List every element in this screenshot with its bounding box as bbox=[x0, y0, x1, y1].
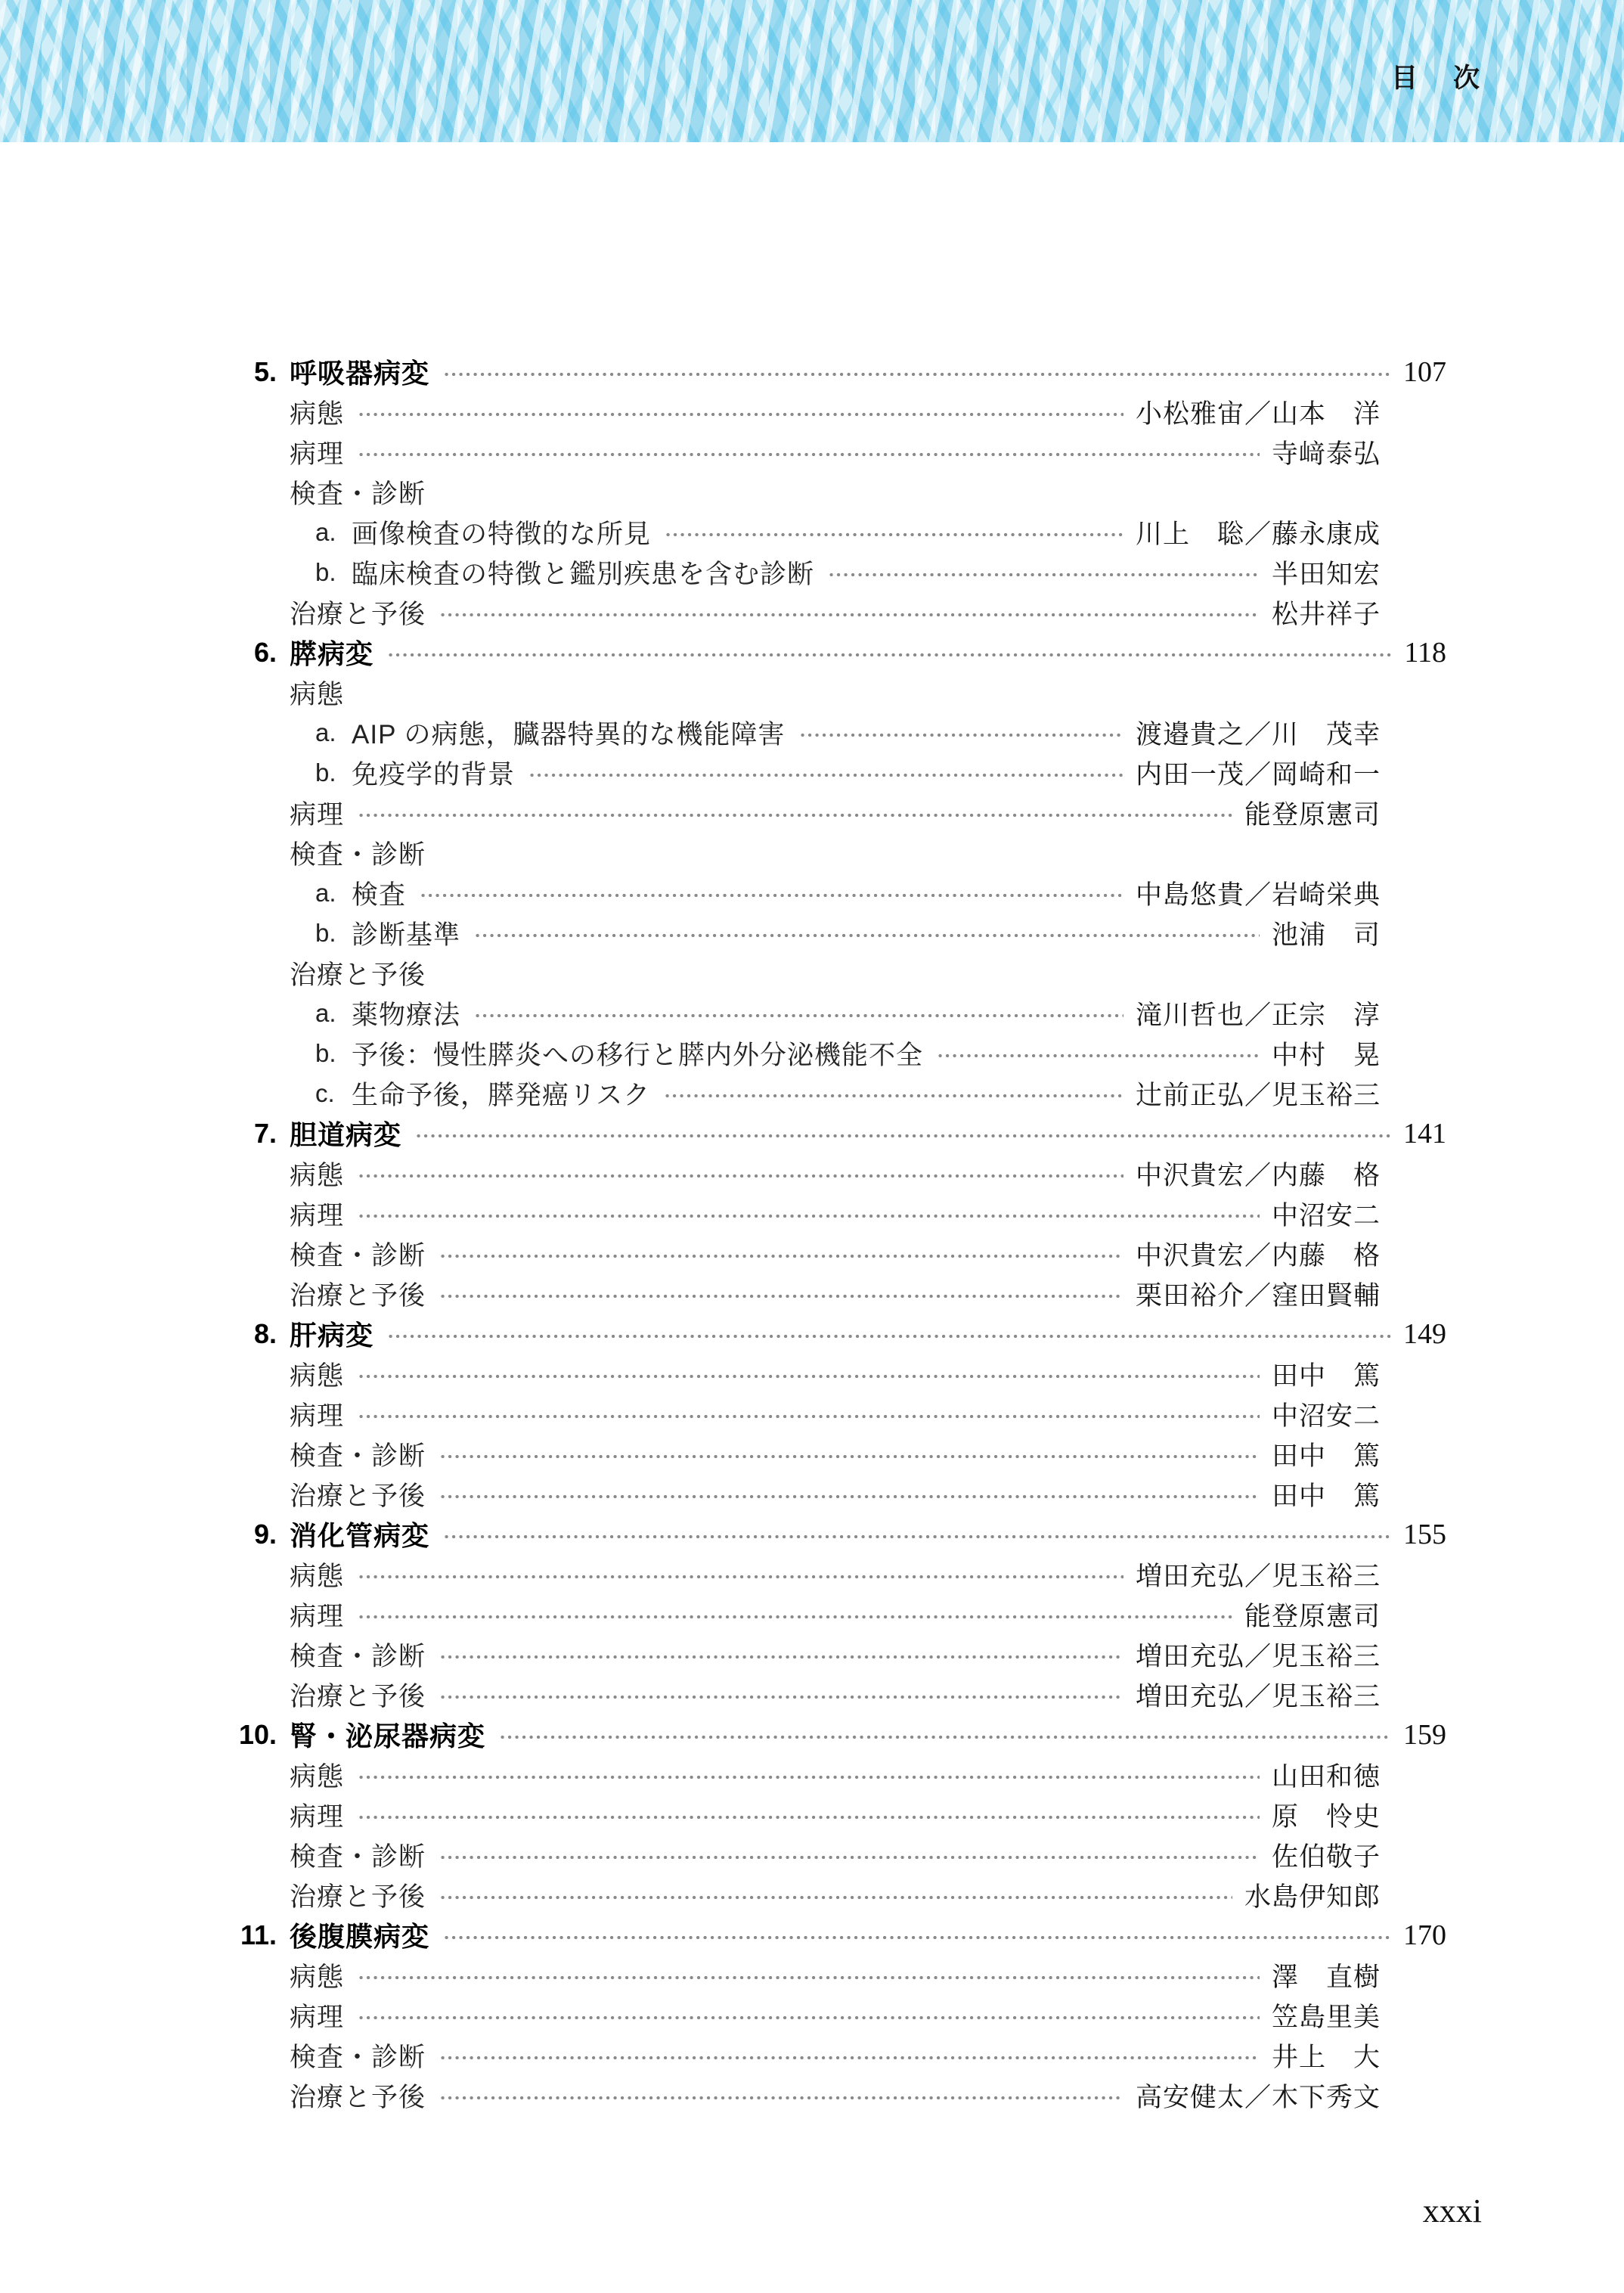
header-band: 目 次 bbox=[0, 0, 1624, 142]
item-authors: 辻前正弘／児玉裕三 bbox=[1136, 1075, 1381, 1112]
toc-section-row: 5.呼吸器病変107 bbox=[244, 352, 1446, 392]
dot-leader bbox=[938, 1053, 1260, 1058]
dot-leader bbox=[476, 933, 1260, 938]
dot-leader bbox=[445, 1935, 1391, 1940]
dot-leader bbox=[441, 1454, 1260, 1459]
item-authors: 半田知宏 bbox=[1272, 554, 1381, 591]
toc-item-row: 治療と予後水島伊知郎 bbox=[244, 1875, 1446, 1915]
toc-item-row: 病態小松雅宙／山本 洋 bbox=[244, 392, 1446, 432]
toc-item-row: 検査・診断佐伯敬子 bbox=[244, 1835, 1446, 1875]
item-authors: 笠島里美 bbox=[1272, 1997, 1381, 2034]
dot-leader bbox=[389, 653, 1392, 657]
toc-item-row: 病態中沢貴宏／内藤 格 bbox=[244, 1153, 1446, 1193]
toc-section-row: 7.胆道病変141 bbox=[244, 1113, 1446, 1153]
toc-item-row: b.診断基準池浦 司 bbox=[244, 913, 1446, 953]
item-authors: 山田和徳 bbox=[1272, 1756, 1381, 1794]
toc-item-row: 治療と予後田中 篤 bbox=[244, 1474, 1446, 1514]
item-label: 病理 bbox=[290, 1395, 344, 1433]
dot-leader bbox=[441, 1655, 1123, 1659]
item-label: 検査・診断 bbox=[290, 473, 426, 511]
item-label: 病理 bbox=[290, 433, 344, 471]
section-page-number: 107 bbox=[1403, 355, 1446, 389]
dot-leader bbox=[359, 1214, 1260, 1218]
dot-leader bbox=[441, 613, 1260, 617]
item-authors: 滝川哲也／正宗 淳 bbox=[1136, 994, 1381, 1032]
dot-leader bbox=[445, 1534, 1391, 1539]
item-authors: 中沼安二 bbox=[1272, 1195, 1381, 1233]
item-label: 画像検査の特徴的な所見 bbox=[352, 514, 651, 551]
item-authors: 中沢貴宏／内藤 格 bbox=[1136, 1155, 1381, 1193]
toc-item-row: 治療と予後高安健太／木下秀文 bbox=[244, 2075, 1446, 2115]
item-label: 病態 bbox=[290, 1556, 344, 1593]
toc-item-row: 病理能登原憲司 bbox=[244, 793, 1446, 833]
section-title: 消化管病変 bbox=[290, 1515, 429, 1553]
toc-item-row: b.臨床検査の特徴と鑑別疾患を含む診断半田知宏 bbox=[244, 552, 1446, 592]
item-authors: 中沢貴宏／内藤 格 bbox=[1136, 1235, 1381, 1273]
dot-leader bbox=[445, 372, 1391, 377]
toc-item-row: 検査・診断中沢貴宏／内藤 格 bbox=[244, 1233, 1446, 1274]
item-label: 検査・診断 bbox=[290, 1435, 426, 1473]
toc-item-row: a.検査中島悠貴／岩崎栄典 bbox=[244, 873, 1446, 913]
dot-leader bbox=[359, 1615, 1232, 1619]
toc-item-row: 病理笠島里美 bbox=[244, 1995, 1446, 2035]
item-letter: b. bbox=[315, 919, 352, 948]
toc-item-row: 治療と予後松井祥子 bbox=[244, 592, 1446, 632]
section-number: 9. bbox=[201, 1519, 277, 1550]
toc-section-row: 11.後腹膜病変170 bbox=[244, 1915, 1446, 1955]
item-letter: b. bbox=[315, 558, 352, 587]
dot-leader bbox=[421, 893, 1123, 898]
section-title: 腎・泌尿器病変 bbox=[290, 1715, 485, 1754]
toc-item-row: b.免疫学的背景内田一茂／岡崎和一 bbox=[244, 752, 1446, 793]
item-label: 病理 bbox=[290, 1796, 344, 1834]
toc-item-row: c.生命予後，膵発癌リスク辻前正弘／児玉裕三 bbox=[244, 1073, 1446, 1113]
section-number: 8. bbox=[201, 1318, 277, 1350]
toc: 5.呼吸器病変107病態小松雅宙／山本 洋病理寺﨑泰弘検査・診断a.画像検査の特… bbox=[244, 352, 1446, 2115]
toc-item-row: 検査・診断田中 篤 bbox=[244, 1434, 1446, 1474]
dot-leader bbox=[359, 2015, 1260, 2020]
dot-leader bbox=[501, 1735, 1391, 1739]
toc-section-row: 10.腎・泌尿器病変159 bbox=[244, 1714, 1446, 1755]
toc-item-row: 治療と予後 bbox=[244, 953, 1446, 993]
item-authors: 内田一茂／岡崎和一 bbox=[1136, 754, 1381, 792]
section-title: 後腹膜病変 bbox=[290, 1916, 429, 1954]
item-letter: a. bbox=[315, 518, 352, 547]
dot-leader bbox=[441, 1494, 1260, 1499]
dot-leader bbox=[476, 1013, 1123, 1018]
dot-leader bbox=[441, 1695, 1123, 1699]
item-authors: 中村 晃 bbox=[1272, 1035, 1381, 1072]
section-title: 膵病変 bbox=[290, 633, 373, 672]
dot-leader bbox=[417, 1134, 1391, 1138]
section-page-number: 170 bbox=[1403, 1919, 1446, 1952]
item-authors: 増田充弘／児玉裕三 bbox=[1136, 1676, 1381, 1714]
item-authors: 能登原憲司 bbox=[1244, 794, 1381, 832]
item-authors: 栗田裕介／窪田賢輔 bbox=[1136, 1275, 1381, 1313]
item-label: 病態 bbox=[290, 674, 344, 712]
item-authors: 増田充弘／児玉裕三 bbox=[1136, 1556, 1381, 1593]
item-label: 治療と予後 bbox=[290, 594, 426, 631]
toc-item-row: 病理能登原憲司 bbox=[244, 1594, 1446, 1634]
dot-leader bbox=[359, 1174, 1123, 1178]
dot-leader bbox=[441, 2096, 1123, 2100]
item-authors: 澤 直樹 bbox=[1272, 1956, 1381, 1994]
item-label: 検査 bbox=[352, 874, 406, 912]
item-authors: 原 怜史 bbox=[1272, 1796, 1381, 1834]
item-label: 治療と予後 bbox=[290, 1475, 426, 1513]
dot-leader bbox=[359, 1775, 1260, 1779]
item-label: 検査・診断 bbox=[290, 2037, 426, 2074]
dot-leader bbox=[829, 572, 1260, 577]
dot-leader bbox=[441, 2056, 1260, 2060]
item-label: 予後：慢性膵炎への移行と膵内外分泌機能不全 bbox=[352, 1035, 923, 1072]
section-number: 5. bbox=[201, 356, 277, 388]
item-authors: 田中 篤 bbox=[1272, 1435, 1381, 1473]
dot-leader bbox=[359, 452, 1260, 457]
section-title: 胆道病変 bbox=[290, 1114, 401, 1153]
toc-item-row: 検査・診断増田充弘／児玉裕三 bbox=[244, 1634, 1446, 1674]
toc-item-row: a.AIP の病態，臓器特異的な機能障害渡邉貴之／川 茂幸 bbox=[244, 712, 1446, 752]
section-page-number: 155 bbox=[1403, 1518, 1446, 1551]
toc-item-row: a.薬物療法滝川哲也／正宗 淳 bbox=[244, 993, 1446, 1033]
item-letter: a. bbox=[315, 879, 352, 908]
toc-section-row: 9.消化管病変155 bbox=[244, 1514, 1446, 1554]
item-authors: 増田充弘／児玉裕三 bbox=[1136, 1636, 1381, 1674]
item-authors: 水島伊知郎 bbox=[1244, 1876, 1381, 1914]
item-letter: a. bbox=[315, 718, 352, 747]
toc-item-row: 検査・診断井上 大 bbox=[244, 2035, 1446, 2075]
item-label: 病態 bbox=[290, 393, 344, 431]
toc-item-row: a.画像検査の特徴的な所見川上 聡／藤永康成 bbox=[244, 512, 1446, 552]
item-authors: 小松雅宙／山本 洋 bbox=[1136, 393, 1381, 431]
dot-leader bbox=[801, 733, 1123, 737]
item-letter: b. bbox=[315, 759, 352, 787]
toc-item-row: 病態山田和徳 bbox=[244, 1755, 1446, 1795]
item-authors: 能登原憲司 bbox=[1244, 1596, 1381, 1634]
item-label: 検査・診断 bbox=[290, 1235, 426, 1273]
section-number: 7. bbox=[201, 1118, 277, 1150]
toc-item-row: 治療と予後栗田裕介／窪田賢輔 bbox=[244, 1274, 1446, 1314]
item-authors: 田中 篤 bbox=[1272, 1475, 1381, 1513]
dot-leader bbox=[441, 1294, 1123, 1299]
item-label: 病態 bbox=[290, 1956, 344, 1994]
section-title: 呼吸器病変 bbox=[290, 352, 429, 391]
item-label: 病理 bbox=[290, 1596, 344, 1634]
footer-page-number: xxxi bbox=[1423, 2192, 1482, 2230]
dot-leader bbox=[359, 1815, 1260, 1820]
toc-item-row: 病理原 怜史 bbox=[244, 1795, 1446, 1835]
dot-leader bbox=[389, 1334, 1391, 1339]
toc-item-row: 病態 bbox=[244, 672, 1446, 712]
dot-leader bbox=[359, 1975, 1260, 1980]
section-page-number: 159 bbox=[1403, 1718, 1446, 1752]
toc-item-row: 病態田中 篤 bbox=[244, 1354, 1446, 1394]
section-page-number: 141 bbox=[1403, 1117, 1446, 1150]
section-number: 10. bbox=[201, 1719, 277, 1751]
section-title: 肝病変 bbox=[290, 1314, 373, 1353]
item-authors: 中沼安二 bbox=[1272, 1395, 1381, 1433]
dot-leader bbox=[359, 1374, 1260, 1379]
item-label: 治療と予後 bbox=[290, 2077, 426, 2115]
dot-leader bbox=[359, 1575, 1123, 1579]
section-number: 11. bbox=[201, 1919, 277, 1951]
item-label: 治療と予後 bbox=[290, 1676, 426, 1714]
dot-leader bbox=[441, 1895, 1232, 1900]
item-label: AIP の病態，臓器特異的な機能障害 bbox=[352, 714, 786, 752]
toc-item-row: b.予後：慢性膵炎への移行と膵内外分泌機能不全中村 晃 bbox=[244, 1033, 1446, 1073]
item-authors: 渡邉貴之／川 茂幸 bbox=[1136, 714, 1381, 752]
section-number: 6. bbox=[201, 637, 277, 669]
item-authors: 佐伯敬子 bbox=[1272, 1836, 1381, 1874]
dot-leader bbox=[441, 1254, 1123, 1258]
dot-leader bbox=[359, 1414, 1260, 1419]
toc-item-row: 病理中沼安二 bbox=[244, 1394, 1446, 1434]
item-label: 生命予後，膵発癌リスク bbox=[352, 1075, 650, 1112]
item-label: 病態 bbox=[290, 1155, 344, 1193]
item-label: 病態 bbox=[290, 1355, 344, 1393]
toc-item-row: 病理寺﨑泰弘 bbox=[244, 432, 1446, 472]
dot-leader bbox=[530, 773, 1123, 777]
item-authors: 中島悠貴／岩崎栄典 bbox=[1136, 874, 1381, 912]
toc-page: 目 次 5.呼吸器病変107病態小松雅宙／山本 洋病理寺﨑泰弘検査・診断a.画像… bbox=[0, 0, 1624, 2293]
item-label: 免疫学的背景 bbox=[352, 754, 515, 792]
item-letter: c. bbox=[315, 1079, 352, 1108]
item-label: 病理 bbox=[290, 794, 344, 832]
item-label: 診断基準 bbox=[352, 914, 460, 952]
item-label: 検査・診断 bbox=[290, 834, 426, 872]
toc-section-row: 6.膵病変118 bbox=[244, 632, 1446, 672]
item-authors: 高安健太／木下秀文 bbox=[1136, 2077, 1381, 2115]
dot-leader bbox=[665, 1094, 1123, 1098]
toc-item-row: 病理中沼安二 bbox=[244, 1193, 1446, 1233]
item-label: 検査・診断 bbox=[290, 1636, 426, 1674]
item-label: 病理 bbox=[290, 1997, 344, 2034]
item-authors: 寺﨑泰弘 bbox=[1272, 433, 1381, 471]
dot-leader bbox=[441, 1855, 1260, 1860]
item-letter: a. bbox=[315, 999, 352, 1028]
item-authors: 井上 大 bbox=[1272, 2037, 1381, 2074]
dot-leader bbox=[359, 813, 1232, 818]
toc-item-row: 病態増田充弘／児玉裕三 bbox=[244, 1554, 1446, 1594]
item-authors: 川上 聡／藤永康成 bbox=[1136, 514, 1381, 551]
item-label: 治療と予後 bbox=[290, 1275, 426, 1313]
dot-leader bbox=[666, 532, 1123, 537]
section-page-number: 149 bbox=[1403, 1317, 1446, 1351]
section-page-number: 118 bbox=[1404, 636, 1446, 669]
item-letter: b. bbox=[315, 1039, 352, 1068]
item-label: 治療と予後 bbox=[290, 1876, 426, 1914]
item-label: 薬物療法 bbox=[352, 994, 460, 1032]
toc-item-row: 病態澤 直樹 bbox=[244, 1955, 1446, 1995]
item-authors: 松井祥子 bbox=[1272, 594, 1381, 631]
page-title: 目 次 bbox=[1391, 57, 1484, 95]
toc-item-row: 検査・診断 bbox=[244, 472, 1446, 512]
item-label: 病理 bbox=[290, 1195, 344, 1233]
dot-leader bbox=[359, 412, 1123, 417]
toc-item-row: 検査・診断 bbox=[244, 833, 1446, 873]
item-authors: 池浦 司 bbox=[1272, 914, 1381, 952]
toc-item-row: 治療と予後増田充弘／児玉裕三 bbox=[244, 1674, 1446, 1714]
toc-section-row: 8.肝病変149 bbox=[244, 1314, 1446, 1354]
item-authors: 田中 篤 bbox=[1272, 1355, 1381, 1393]
item-label: 検査・診断 bbox=[290, 1836, 426, 1874]
item-label: 病態 bbox=[290, 1756, 344, 1794]
item-label: 臨床検査の特徴と鑑別疾患を含む診断 bbox=[352, 554, 814, 591]
item-label: 治療と予後 bbox=[290, 954, 426, 992]
